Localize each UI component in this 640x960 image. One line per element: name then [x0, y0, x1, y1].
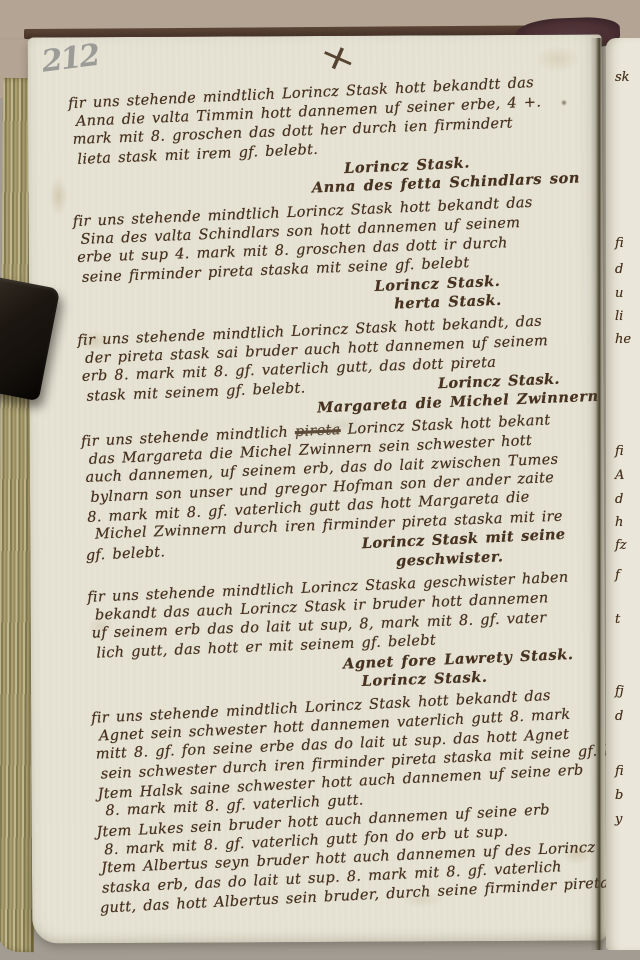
page-fragment: f	[615, 568, 620, 583]
page-fragment: sk	[615, 70, 630, 85]
page-fragment: d	[615, 492, 623, 507]
page-fragment: fi	[615, 764, 624, 779]
manuscript-entry: fir uns stehende mindtlich Lorincz Stask…	[72, 192, 592, 326]
quire-cross-mark: +	[312, 31, 364, 85]
page-fragment: fi	[615, 236, 624, 251]
page-fragment: d	[615, 709, 623, 724]
page-fragment: fi	[615, 444, 624, 459]
page-fragment: b	[615, 788, 623, 803]
manuscript-page: 212 + fir uns stehende mindtlich Lorincz…	[28, 35, 607, 944]
page-fragment: fj	[615, 684, 624, 699]
page-fragment: A	[615, 468, 624, 483]
page-fragment: d	[615, 262, 623, 277]
manuscript-entry: fir uns stehende mindtlich Lorincz Stask…	[77, 311, 596, 426]
manuscript-entry: fir uns stehende mindtlich Lorincz Stask…	[91, 685, 616, 918]
facing-page-fragments: skfidulihefiAdhfzftfjdfiby	[606, 38, 640, 950]
folio-number-pencil: 212	[40, 38, 101, 80]
page-fragment: h	[615, 515, 623, 530]
facing-page-edge: skfidulihefiAdhfzftfjdfiby	[606, 38, 640, 950]
manuscript-entry: fir uns stehende mindtlich pireta Lorinc…	[81, 410, 603, 584]
text-block: fir uns stehende mindtlich Lorincz Stask…	[68, 73, 615, 920]
page-fragment: he	[615, 332, 631, 347]
manuscript-photo: 212 + fir uns stehende mindtlich Lorincz…	[0, 0, 640, 960]
page-fragment: t	[615, 612, 620, 627]
page-fragment: fz	[615, 538, 627, 553]
page-fragment: li	[615, 309, 623, 324]
page-fragment: u	[615, 286, 623, 301]
manuscript-entry: fir uns stehende mindtlich Lorincz Stask…	[68, 73, 588, 209]
struck-word: pireta	[295, 422, 341, 440]
page-fragment: y	[615, 812, 622, 827]
manuscript-entry: fir uns stehende mindtlich Lorincz Stask…	[87, 568, 607, 702]
